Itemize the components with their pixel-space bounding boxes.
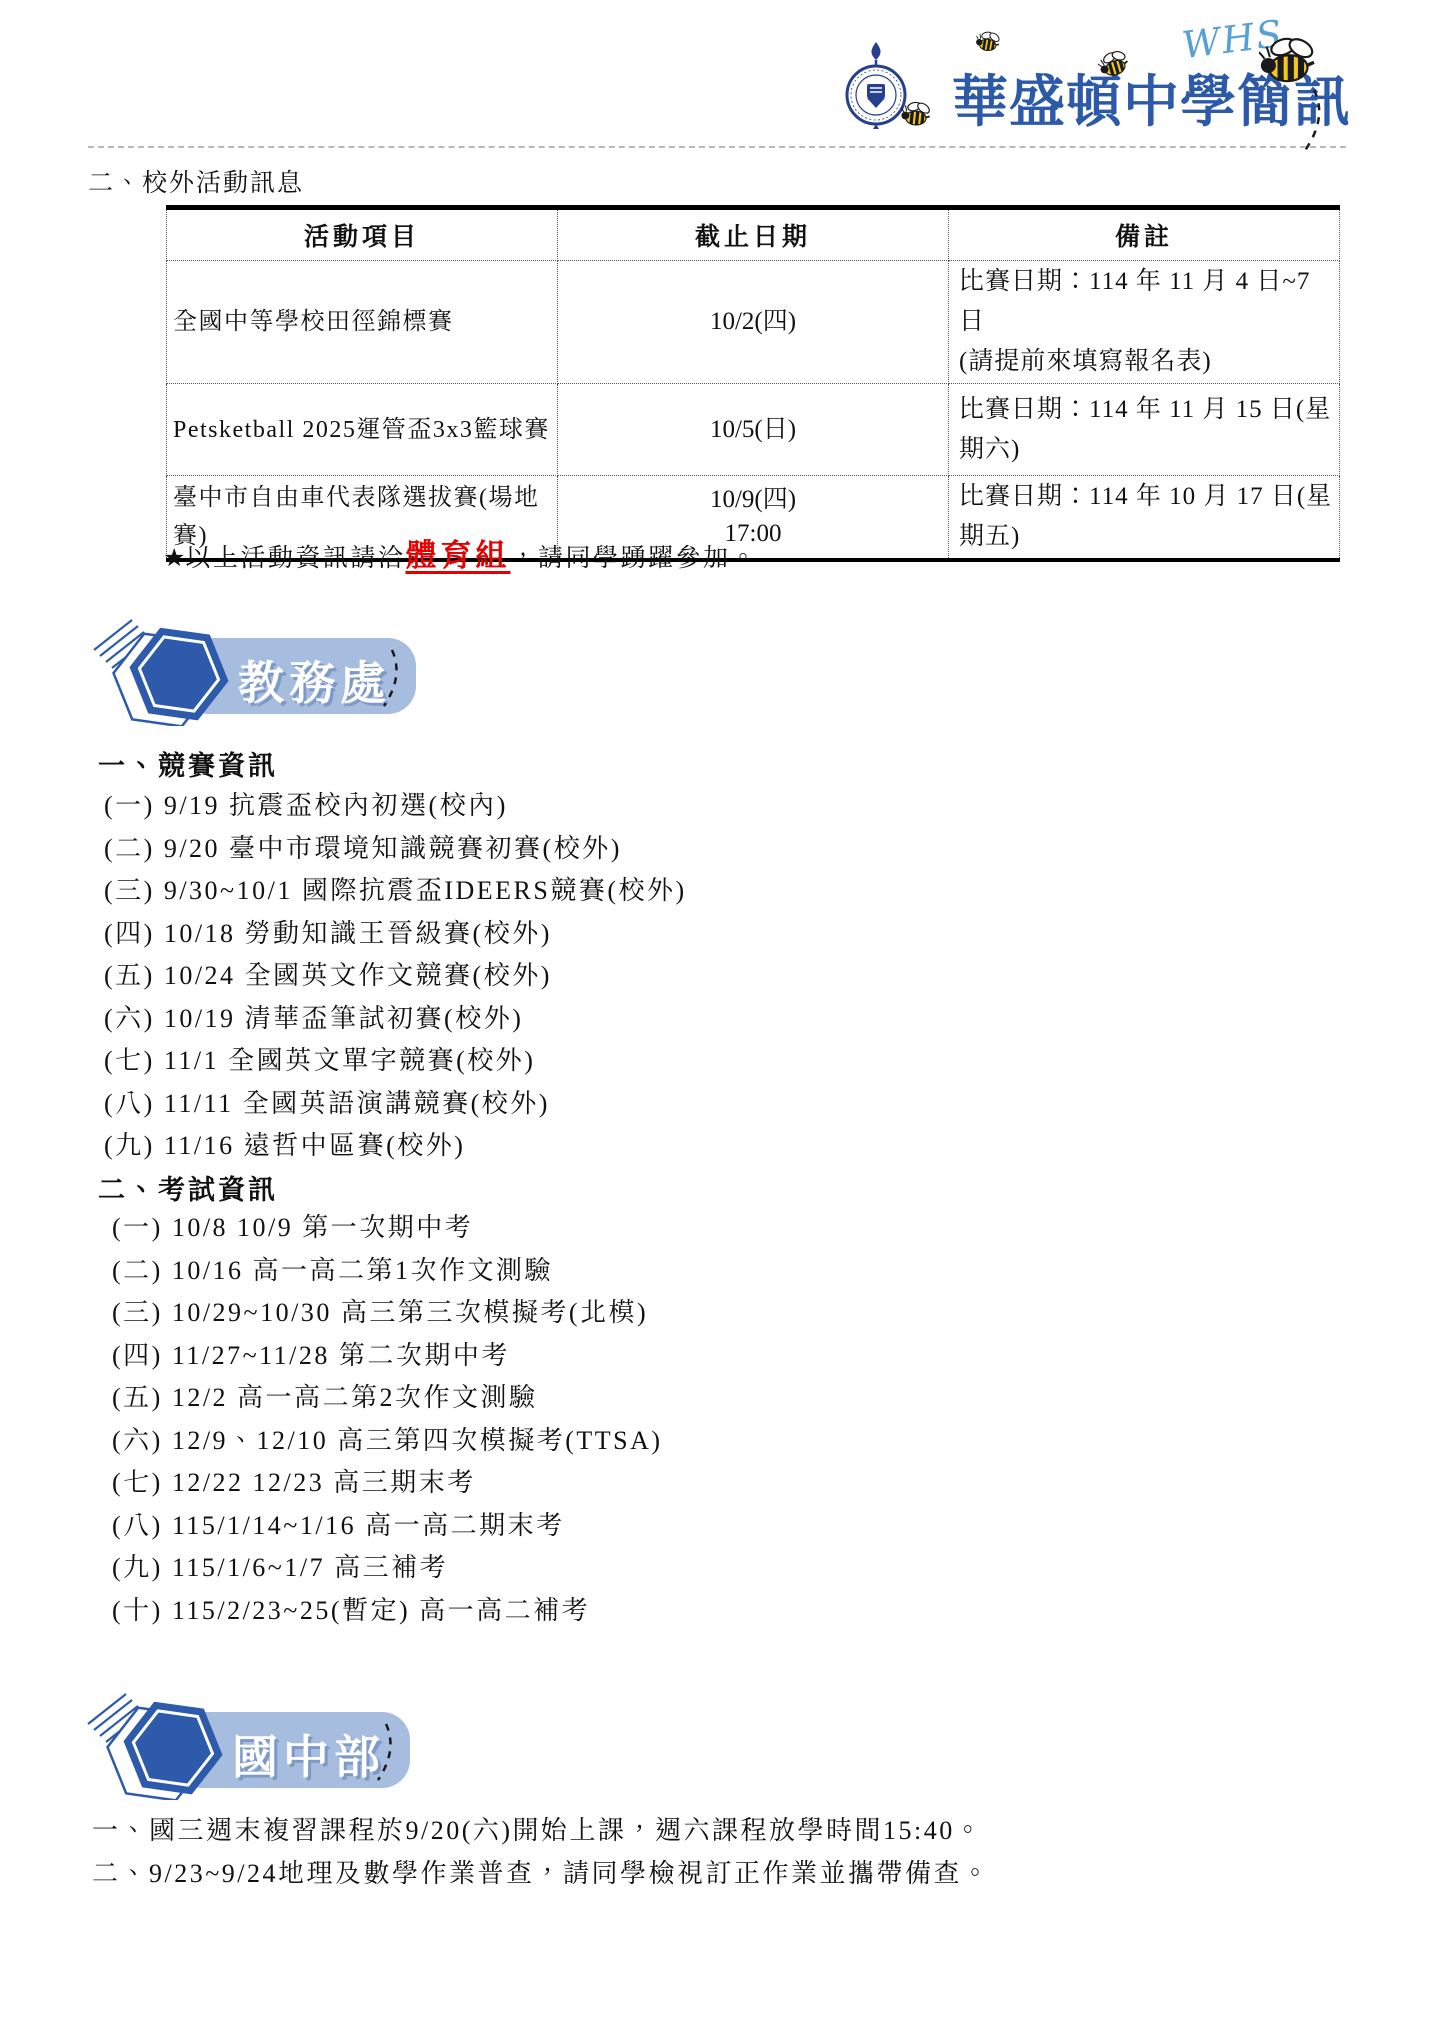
- badge-label: 國中部: [232, 1731, 385, 1783]
- badge-junior-high: 國中部 國中部: [86, 1682, 416, 1800]
- list-item: (三) 9/30~10/1 國際抗震盃IDEERS競賽(校外): [104, 870, 687, 913]
- bee-icon: [1254, 30, 1321, 93]
- activities-table-body: 全國中等學校田徑錦標賽10/2(四)比賽日期：114 年 11 月 4 日~7 …: [167, 261, 1340, 561]
- note-cell: 比賽日期：114 年 10 月 17 日(星期五): [949, 476, 1340, 561]
- list-item: (六) 12/9、12/10 高三第四次模擬考(TTSA): [112, 1420, 663, 1463]
- exam-list: (一) 10/8 10/9 第一次期中考(二) 10/16 高一高二第1次作文測…: [112, 1207, 663, 1632]
- table-row: 全國中等學校田徑錦標賽10/2(四)比賽日期：114 年 11 月 4 日~7 …: [167, 261, 1340, 384]
- bee-icon: [1096, 48, 1132, 81]
- list-item: (八) 115/1/14~1/16 高一高二期末考: [112, 1505, 663, 1548]
- sports-office-link[interactable]: 體育組: [405, 538, 510, 573]
- star-icon: ★: [163, 545, 185, 572]
- list-item: (九) 115/1/6~1/7 高三補考: [112, 1547, 663, 1590]
- dashed-divider: [88, 146, 1346, 148]
- list-item: (三) 10/29~10/30 高三第三次模擬考(北模): [112, 1292, 663, 1335]
- footnote-prefix: 以上活動資訊請洽: [185, 545, 405, 572]
- activity-cell: 全國中等學校田徑錦標賽: [167, 261, 558, 384]
- exam-heading: 二、考試資訊: [98, 1168, 278, 1207]
- newsletter-page: 華盛頓中學簡訊 WHS 二、校外活動訊息 活動項目截止日期備註 全國中等學校田徑…: [0, 0, 1434, 2024]
- list-item: 二、9/23~9/24地理及數學作業普查，請同學檢視訂正作業並攜帶備查。: [92, 1853, 991, 1896]
- column-header: 截止日期: [558, 208, 949, 261]
- list-item: (二) 9/20 臺中市環境知識競賽初賽(校外): [104, 828, 687, 871]
- competition-heading: 一、競賽資訊: [98, 744, 278, 783]
- list-item: (一) 10/8 10/9 第一次期中考: [112, 1207, 663, 1250]
- list-item: (四) 11/27~11/28 第二次期中考: [112, 1335, 663, 1378]
- list-item: (九) 11/16 遠哲中區賽(校外): [104, 1125, 687, 1168]
- masthead: 華盛頓中學簡訊 WHS: [0, 0, 1434, 150]
- list-item: (七) 12/22 12/23 高三期末考: [112, 1462, 663, 1505]
- activities-table: 活動項目截止日期備註 全國中等學校田徑錦標賽10/2(四)比賽日期：114 年 …: [166, 205, 1340, 562]
- column-header: 備註: [949, 208, 1340, 261]
- note-cell: 比賽日期：114 年 11 月 15 日(星期六): [949, 384, 1340, 476]
- badge-label: 教務處: [238, 657, 391, 709]
- list-item: (五) 10/24 全國英文作文競賽(校外): [104, 955, 687, 998]
- activity-cell: Petsketball 2025運管盃3x3籃球賽: [167, 384, 558, 476]
- note-cell: 比賽日期：114 年 11 月 4 日~7 日(請提前來填寫報名表): [949, 261, 1340, 384]
- list-item: (一) 9/19 抗震盃校內初選(校內): [104, 785, 687, 828]
- list-item: (二) 10/16 高一高二第1次作文測驗: [112, 1250, 663, 1293]
- list-item: (八) 11/11 全國英語演講競賽(校外): [104, 1083, 687, 1126]
- list-item: (十) 115/2/23~25(暫定) 高一高二補考: [112, 1590, 663, 1633]
- deadline-cell: 10/5(日): [558, 384, 949, 476]
- bee-icon: [972, 27, 1004, 58]
- activities-table-header-row: 活動項目截止日期備註: [167, 208, 1340, 261]
- footnote-suffix: ，請同學踴躍參加。: [510, 545, 758, 572]
- list-item: (五) 12/2 高一高二第2次作文測驗: [112, 1377, 663, 1420]
- activities-heading: 二、校外活動訊息: [88, 163, 304, 199]
- column-header: 活動項目: [167, 208, 558, 261]
- list-item: (四) 10/18 勞動知識王晉級賽(校外): [104, 913, 687, 956]
- junior-high-list: 一、國三週末複習課程於9/20(六)開始上課，週六課程放學時間15:40。二、9…: [92, 1810, 991, 1895]
- list-item: 一、國三週末複習課程於9/20(六)開始上課，週六課程放學時間15:40。: [92, 1810, 991, 1853]
- table-row: Petsketball 2025運管盃3x3籃球賽10/5(日)比賽日期：114…: [167, 384, 1340, 476]
- activities-footnote: ★以上活動資訊請洽體育組，請同學踴躍參加。: [163, 530, 758, 575]
- deadline-cell: 10/2(四): [558, 261, 949, 384]
- badge-academic-affairs: 教務處 教務處: [92, 608, 422, 726]
- list-item: (七) 11/1 全國英文單字競賽(校外): [104, 1040, 687, 1083]
- competition-list: (一) 9/19 抗震盃校內初選(校內)(二) 9/20 臺中市環境知識競賽初賽…: [104, 785, 687, 1168]
- list-item: (六) 10/19 清華盃筆試初賽(校外): [104, 998, 687, 1041]
